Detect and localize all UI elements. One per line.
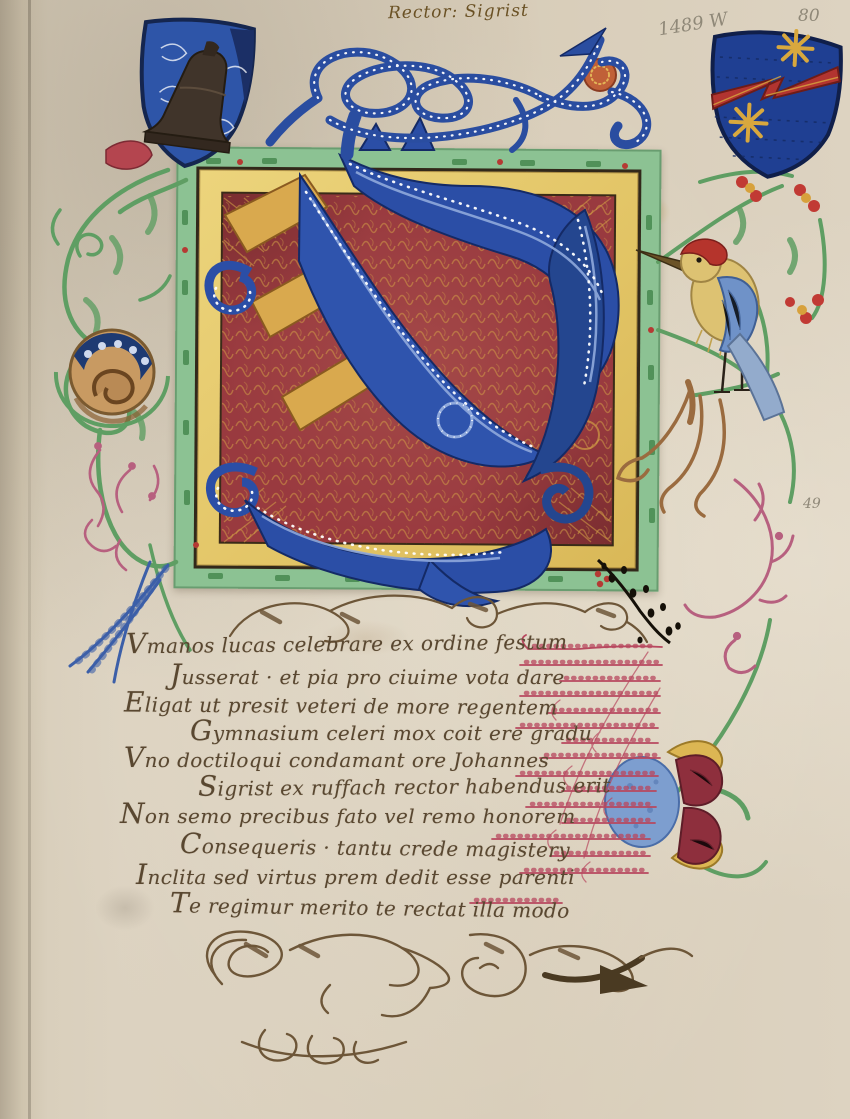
brown-fronds — [618, 382, 724, 516]
knotwork-ribbon — [270, 28, 647, 154]
header-inscription: Rector: Sigrist — [388, 1, 529, 23]
snail-shell-ornament — [56, 330, 168, 426]
left-blue-plume — [70, 562, 168, 682]
poem-line: Vmanos lucas celebrare ex ordine festum — [126, 623, 568, 661]
pencil-folio-number: 80 — [798, 6, 820, 26]
manuscript-page: Rector: Sigrist 1489 W 80 49 Vmanos luca… — [0, 0, 850, 1119]
right-pink-curls — [685, 480, 793, 673]
decoration-layer — [0, 0, 850, 1119]
pencil-margin-number: 49 — [803, 496, 821, 512]
red-curl-leaf — [106, 141, 152, 169]
flower — [605, 741, 722, 868]
poem-line: Te regimur merito te rectat illa modo — [170, 886, 570, 925]
cadel-flourish-bottom — [207, 932, 692, 1064]
poem-line: Non semo precibus fato vel remo honorem — [120, 797, 576, 830]
